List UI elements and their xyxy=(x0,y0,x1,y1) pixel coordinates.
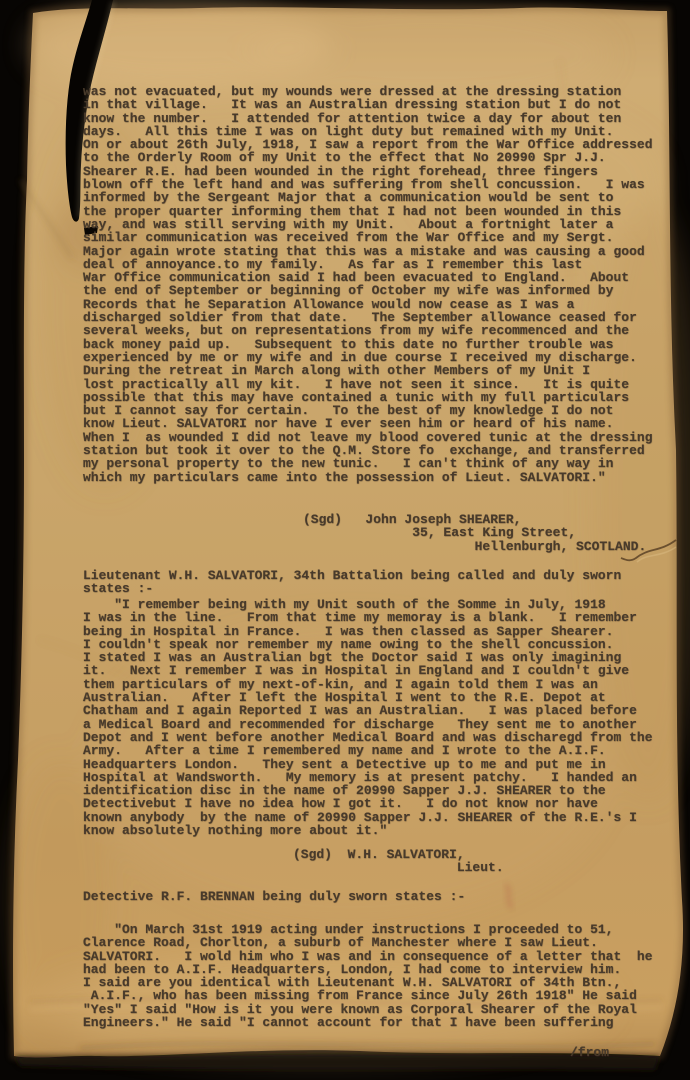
statement-brennan-text: "On March 31st 1919 acting under instruc… xyxy=(83,923,653,1029)
page-continuation-mark: /from xyxy=(570,1046,609,1059)
salvatori-heading: Lieutenant W.H. SALVATORI, 34th Battalio… xyxy=(83,569,621,596)
statement-shearer-text: was not evacuated, but my wounds were dr… xyxy=(83,85,653,484)
salvatori-signature-block: (Sgd) W.H. SALVATORI, Lieut. xyxy=(293,848,504,875)
shearer-signature-block: (Sgd) John Joseph SHEARER, 35, East King… xyxy=(303,513,646,553)
brennan-heading: Detective R.F. BRENNAN being duly sworn … xyxy=(83,890,465,903)
document-page: was not evacuated, but my wounds were dr… xyxy=(0,0,690,1080)
typed-text-layer: was not evacuated, but my wounds were dr… xyxy=(0,0,690,1080)
statement-salvatori-text: "I remember being with my Unit south of … xyxy=(83,598,653,837)
